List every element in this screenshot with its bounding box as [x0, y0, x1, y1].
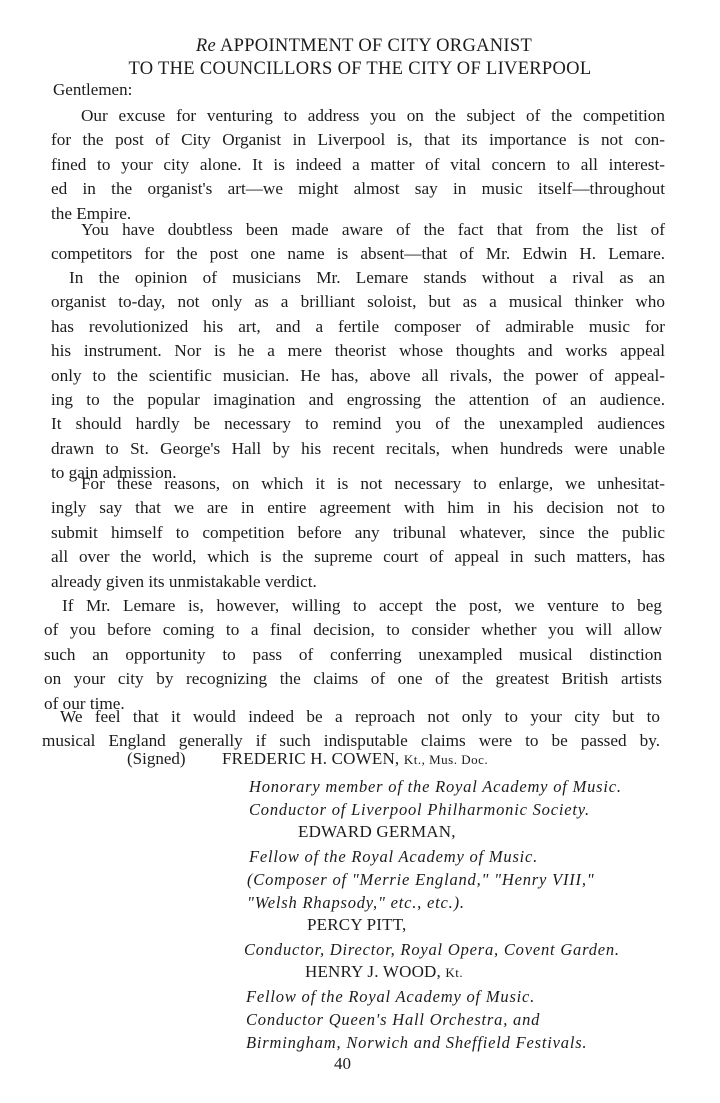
- text-line: If Mr. Lemare is, however, willing to ac…: [44, 594, 662, 618]
- signatory-suffix: Kt., Mus. Doc.: [404, 752, 488, 767]
- signatory-credential: Fellow of the Royal Academy of Music.: [249, 847, 538, 867]
- paragraph-3: In the opinion of musicians Mr. Lemare s…: [51, 266, 665, 486]
- text-line: ingly say that we are in entire agreemen…: [51, 496, 665, 520]
- document-title: Re APPOINTMENT OF CITY ORGANIST: [4, 36, 720, 57]
- text-line: In the opinion of musicians Mr. Lemare s…: [51, 266, 665, 290]
- text-line: all over the world, which is the supreme…: [51, 545, 665, 569]
- signed-label: (Signed): [127, 749, 186, 769]
- text-line: We feel that it would indeed be a reproa…: [42, 705, 660, 729]
- paragraph-1: Our excuse for venturing to address you …: [51, 104, 665, 226]
- title-prefix: Re: [196, 36, 216, 56]
- title-line-1: APPOINTMENT OF CITY ORGANIST: [216, 36, 532, 56]
- text-line: for the post of City Organist in Liverpo…: [51, 128, 665, 152]
- page-number: 40: [334, 1054, 351, 1074]
- text-line: submit himself to competition before any…: [51, 521, 665, 545]
- text-line: on your city by recognizing the claims o…: [44, 667, 662, 691]
- text-line: of you before coming to a final decision…: [44, 618, 662, 642]
- signatory-credential: Birmingham, Norwich and Sheffield Festiv…: [246, 1033, 587, 1053]
- document-page: Re APPOINTMENT OF CITY ORGANIST TO THE C…: [0, 0, 720, 1103]
- text-line: organist to-day, not only as a brilliant…: [51, 290, 665, 314]
- signatory-credential: "Welsh Rhapsody," etc., etc.).: [247, 893, 465, 913]
- signatory-name-cowen: FREDERIC H. COWEN, Kt., Mus. Doc.: [222, 749, 488, 769]
- signatory-credential: Honorary member of the Royal Academy of …: [249, 777, 622, 797]
- text-line: drawn to St. George's Hall by his recent…: [51, 437, 665, 461]
- text-line: You have doubtless been made aware of th…: [51, 218, 665, 242]
- signatory-suffix: Kt.: [445, 965, 463, 980]
- signatory-credential: Fellow of the Royal Academy of Music.: [246, 987, 535, 1007]
- text-line: such an opportunity to pass of conferrin…: [44, 643, 662, 667]
- signatory-name-pitt: PERCY PITT,: [307, 915, 407, 935]
- text-line: has revolutionized his art, and a fertil…: [51, 315, 665, 339]
- signatory-name-wood: HENRY J. WOOD, Kt.: [305, 962, 463, 982]
- text-line: ing to the popular imagination and engro…: [51, 388, 665, 412]
- text-line: Our excuse for venturing to address you …: [51, 104, 665, 128]
- salutation: Gentlemen:: [53, 80, 132, 100]
- text-line: fined to your city alone. It is indeed a…: [51, 153, 665, 177]
- signatory-credential: Conductor, Director, Royal Opera, Covent…: [244, 940, 620, 960]
- text-line: ed in the organist's art—we might almost…: [51, 177, 665, 201]
- text-line: It should hardly be necessary to remind …: [51, 412, 665, 436]
- text-line: competitors for the post one name is abs…: [51, 242, 665, 266]
- signatory-credential: Conductor Queen's Hall Orchestra, and: [246, 1010, 540, 1030]
- paragraph-4: For these reasons, on which it is not ne…: [51, 472, 665, 594]
- signatory-credential: Conductor of Liverpool Philharmonic Soci…: [249, 800, 590, 820]
- text-line: For these reasons, on which it is not ne…: [51, 472, 665, 496]
- text-line: already given its unmistakable verdict.: [51, 570, 665, 594]
- paragraph-6: We feel that it would indeed be a reproa…: [42, 705, 660, 754]
- paragraph-2: You have doubtless been made aware of th…: [51, 218, 665, 267]
- text-line: his instrument. Nor is he a mere theoris…: [51, 339, 665, 363]
- signatory-name-german: EDWARD GERMAN,: [298, 822, 456, 842]
- signatory-credential: (Composer of "Merrie England," "Henry VI…: [247, 870, 594, 890]
- text-line: only to the scientific musician. He has,…: [51, 364, 665, 388]
- paragraph-5: If Mr. Lemare is, however, willing to ac…: [44, 594, 662, 716]
- document-subtitle: TO THE COUNCILLORS OF THE CITY OF LIVERP…: [0, 59, 720, 80]
